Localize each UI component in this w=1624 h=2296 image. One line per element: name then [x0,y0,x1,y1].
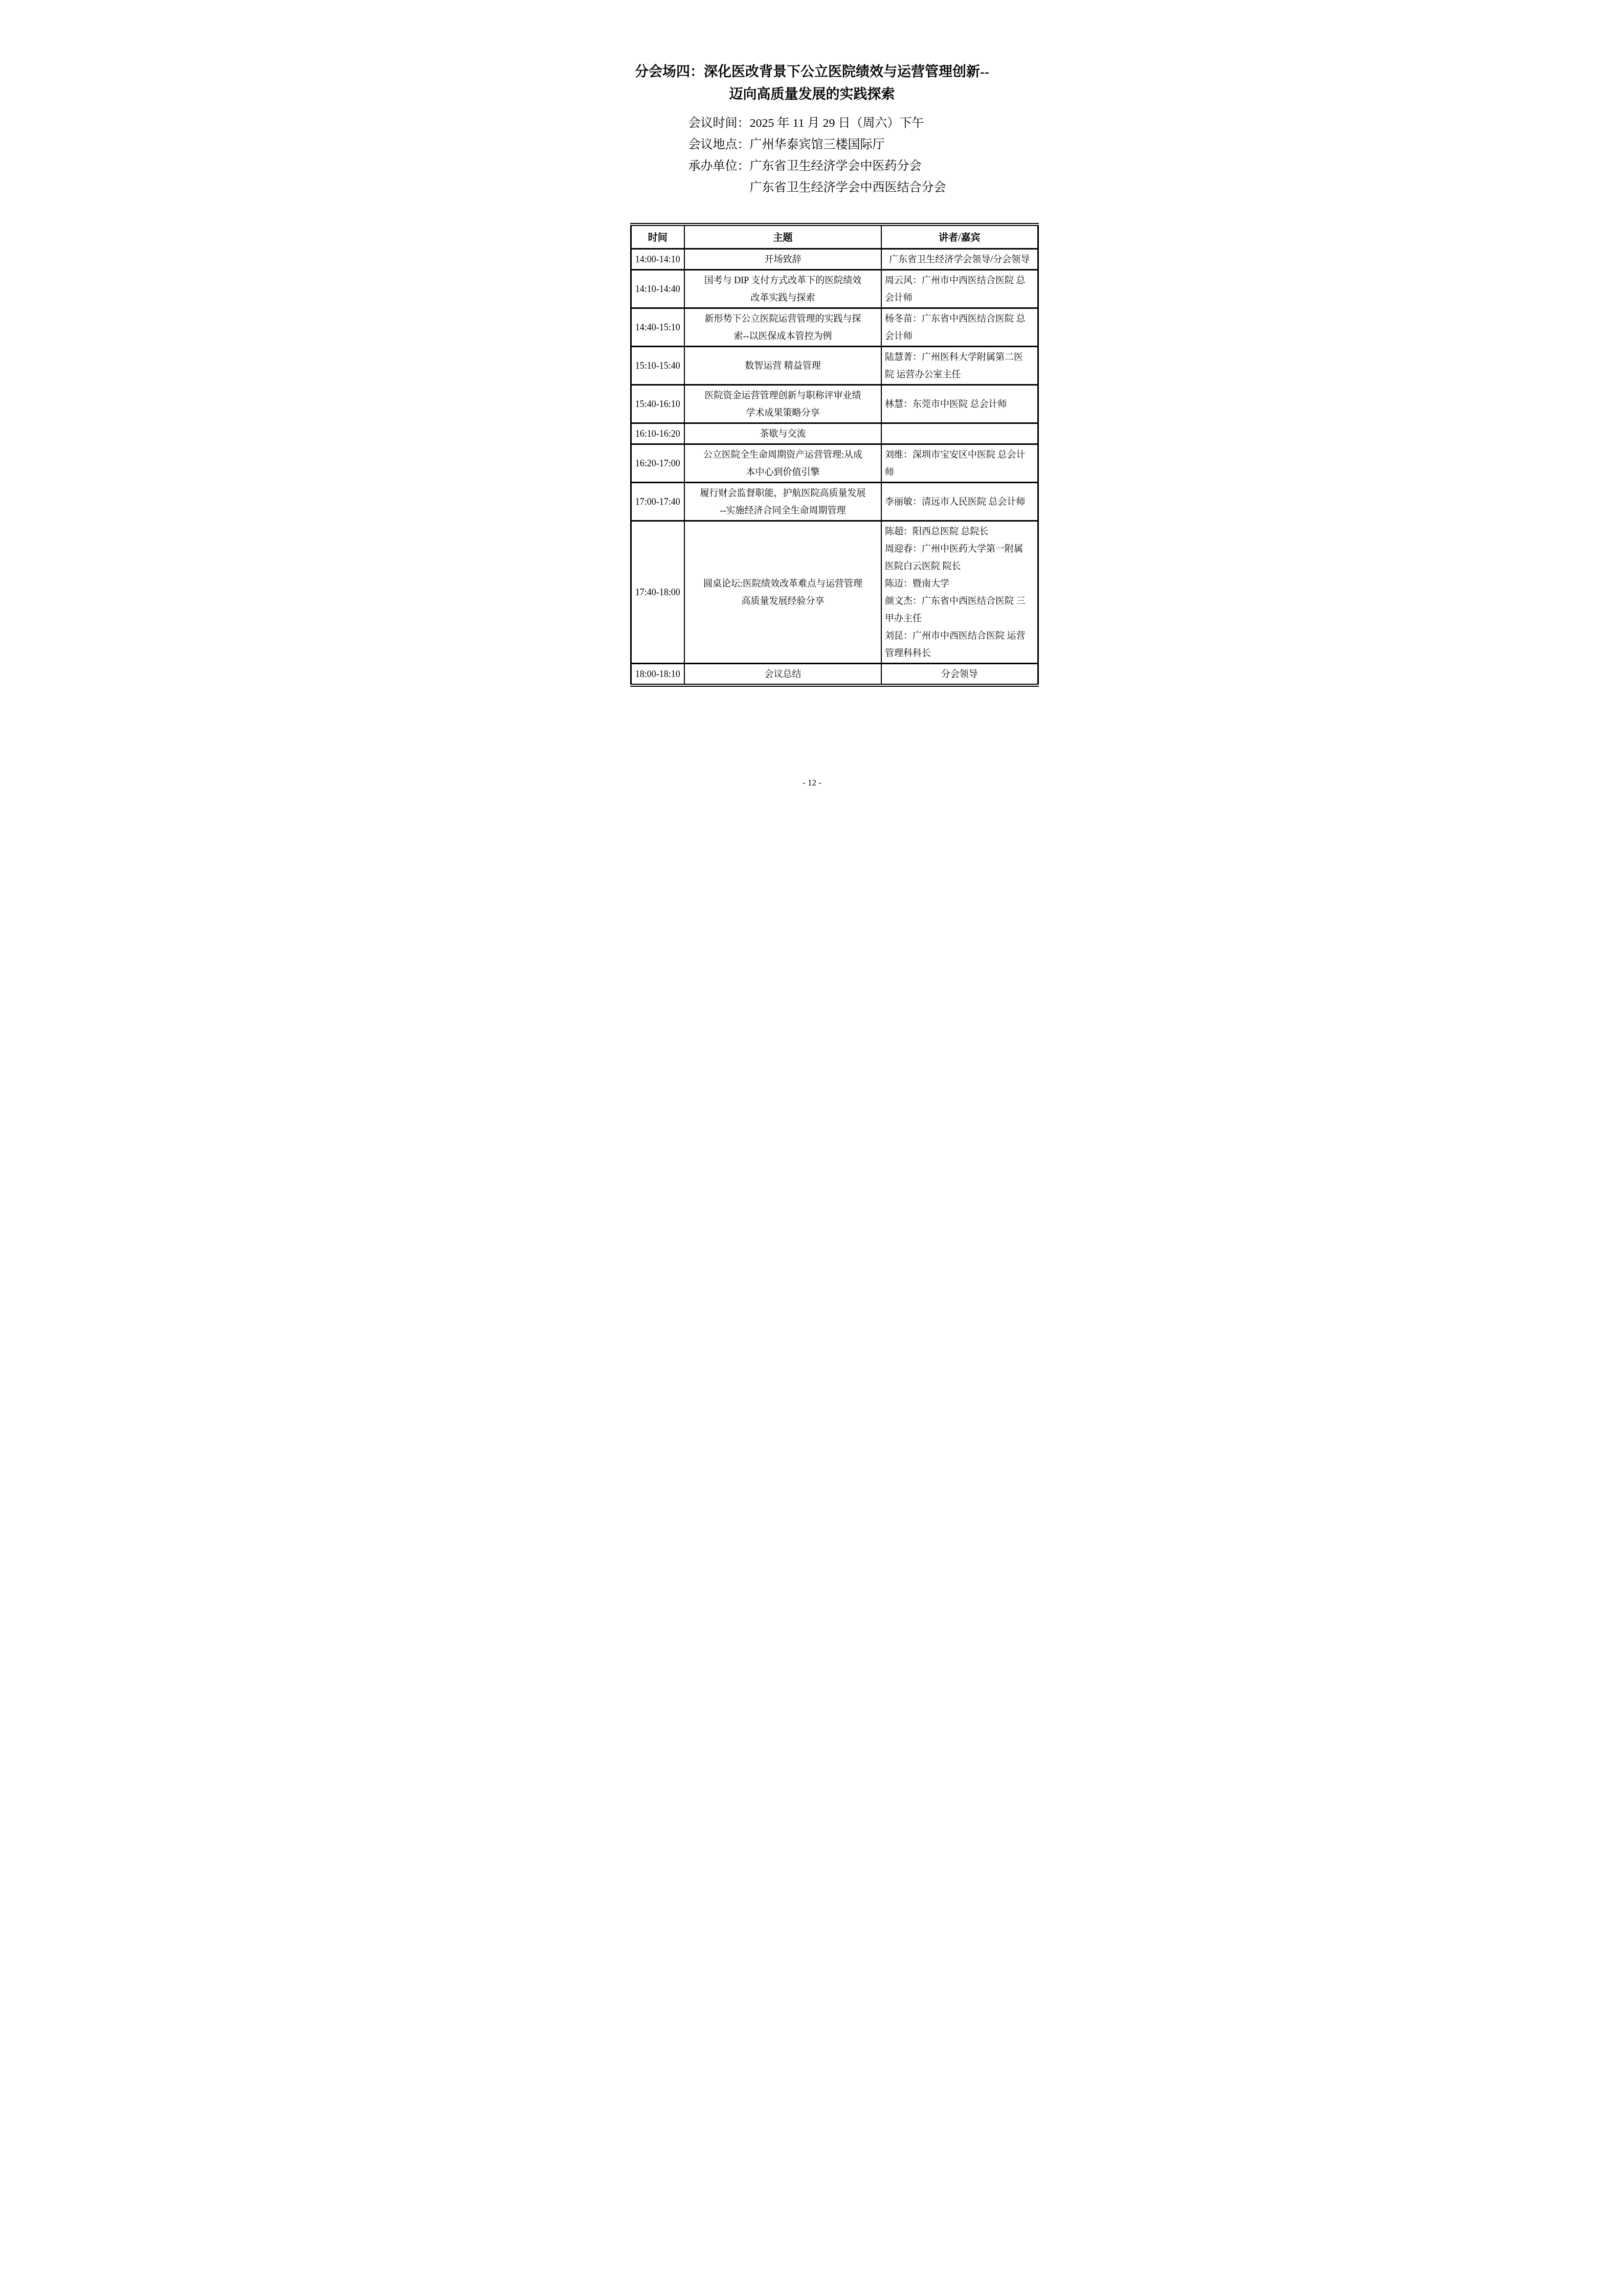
agenda-row: 18:00-18:10会议总结分会领导 [631,663,1038,685]
speaker-cell [881,423,1038,444]
agenda-row: 17:00-17:40履行财会监督职能，护航医院高质量发展 --实施经济合同全生… [631,482,1038,521]
topic-cell: 履行财会监督职能，护航医院高质量发展 --实施经济合同全生命周期管理 [684,482,881,521]
page-title-line1: 分会场四：深化医改背景下公立医院绩效与运营管理创新-- [557,60,1067,83]
speaker-cell: 广东省卫生经济学会领导/分会领导 [881,249,1038,269]
time-cell: 17:00-17:40 [631,482,684,521]
topic-cell: 数智运营 精益管理 [684,346,881,385]
time-cell: 14:10-14:40 [631,269,684,308]
meeting-time-line: 会议时间：2025 年 11 月 29 日（周六）下午 [688,112,1083,134]
time-cell: 15:40-16:10 [631,385,684,423]
agenda-row: 15:10-15:40数智运营 精益管理陆慧菁：广州医科大学附属第二医 院 运营… [631,346,1038,385]
time-cell: 17:40-18:00 [631,521,684,663]
meeting-organizer-line2: 广东省卫生经济学会中西医结合分会 [750,177,1083,198]
speaker-cell: 分会领导 [881,663,1038,685]
topic-cell: 茶歇与交流 [684,423,881,444]
agenda-table-body: 14:00-14:10开场致辞广东省卫生经济学会领导/分会领导14:10-14:… [631,249,1038,685]
agenda-row: 17:40-18:00圆桌论坛:医院绩效改革难点与运营管理 高质量发展经验分享陈… [631,521,1038,663]
topic-cell: 医院资金运营管理创新与职称评审业绩 学术成果策略分享 [684,385,881,423]
topic-cell: 圆桌论坛:医院绩效改革难点与运营管理 高质量发展经验分享 [684,521,881,663]
time-cell: 14:00-14:10 [631,249,684,269]
agenda-row: 14:00-14:10开场致辞广东省卫生经济学会领导/分会领导 [631,249,1038,269]
speaker-cell: 刘维：深圳市宝安区中医院 总会计 师 [881,444,1038,482]
column-header-topic: 主题 [684,224,881,249]
speaker-cell: 李丽敏：清远市人民医院 总会计师 [881,482,1038,521]
topic-cell: 公立医院全生命周期资产运营管理:从成 本中心到价值引擎 [684,444,881,482]
meeting-location-line: 会议地点：广州华泰宾馆三楼国际厅 [688,134,1083,155]
speaker-cell: 陆慧菁：广州医科大学附属第二医 院 运营办公室主任 [881,346,1038,385]
agenda-row: 14:40-15:10新形势下公立医院运营管理的实践与探 索--以医保成本管控为… [631,308,1038,346]
speaker-cell: 杨冬苗：广东省中西医结合医院 总 会计师 [881,308,1038,346]
speaker-cell: 陈超：阳西总医院 总院长 周迎春：广州中医药大学第一附属 医院白云医院 院长 陈… [881,521,1038,663]
time-cell: 18:00-18:10 [631,663,684,685]
document-page: 分会场四：深化医改背景下公立医院绩效与运营管理创新-- 迈向高质量发展的实践探索… [542,60,1083,826]
agenda-table: 时间 主题 讲者/嘉宾 14:00-14:10开场致辞广东省卫生经济学会领导/分… [630,223,1039,687]
topic-cell: 新形势下公立医院运营管理的实践与探 索--以医保成本管控为例 [684,308,881,346]
page-title: 分会场四：深化医改背景下公立医院绩效与运营管理创新-- 迈向高质量发展的实践探索 [557,60,1067,105]
agenda-row: 16:20-17:00公立医院全生命周期资产运营管理:从成 本中心到价值引擎刘维… [631,444,1038,482]
page-number: - 12 - [542,778,1083,788]
agenda-row: 16:10-16:20茶歇与交流 [631,423,1038,444]
speaker-cell: 林慧：东莞市中医院 总会计师 [881,385,1038,423]
speaker-cell: 周云风：广州市中西医结合医院 总 会计师 [881,269,1038,308]
agenda-row: 15:40-16:10医院资金运营管理创新与职称评审业绩 学术成果策略分享林慧：… [631,385,1038,423]
column-header-time: 时间 [631,224,684,249]
time-cell: 16:10-16:20 [631,423,684,444]
meeting-organizer-line: 承办单位：广东省卫生经济学会中医药分会 [688,155,1083,177]
page-title-line2: 迈向高质量发展的实践探索 [557,83,1067,105]
agenda-row: 14:10-14:40国考与 DIP 支付方式改革下的医院绩效 改革实践与探索周… [631,269,1038,308]
column-header-speaker: 讲者/嘉宾 [881,224,1038,249]
topic-cell: 开场致辞 [684,249,881,269]
time-cell: 16:20-17:00 [631,444,684,482]
time-cell: 15:10-15:40 [631,346,684,385]
topic-cell: 会议总结 [684,663,881,685]
topic-cell: 国考与 DIP 支付方式改革下的医院绩效 改革实践与探索 [684,269,881,308]
agenda-table-header: 时间 主题 讲者/嘉宾 [631,224,1038,249]
time-cell: 14:40-15:10 [631,308,684,346]
header-row: 时间 主题 讲者/嘉宾 [631,224,1038,249]
meeting-info: 会议时间：2025 年 11 月 29 日（周六）下午 会议地点：广州华泰宾馆三… [688,112,1083,198]
